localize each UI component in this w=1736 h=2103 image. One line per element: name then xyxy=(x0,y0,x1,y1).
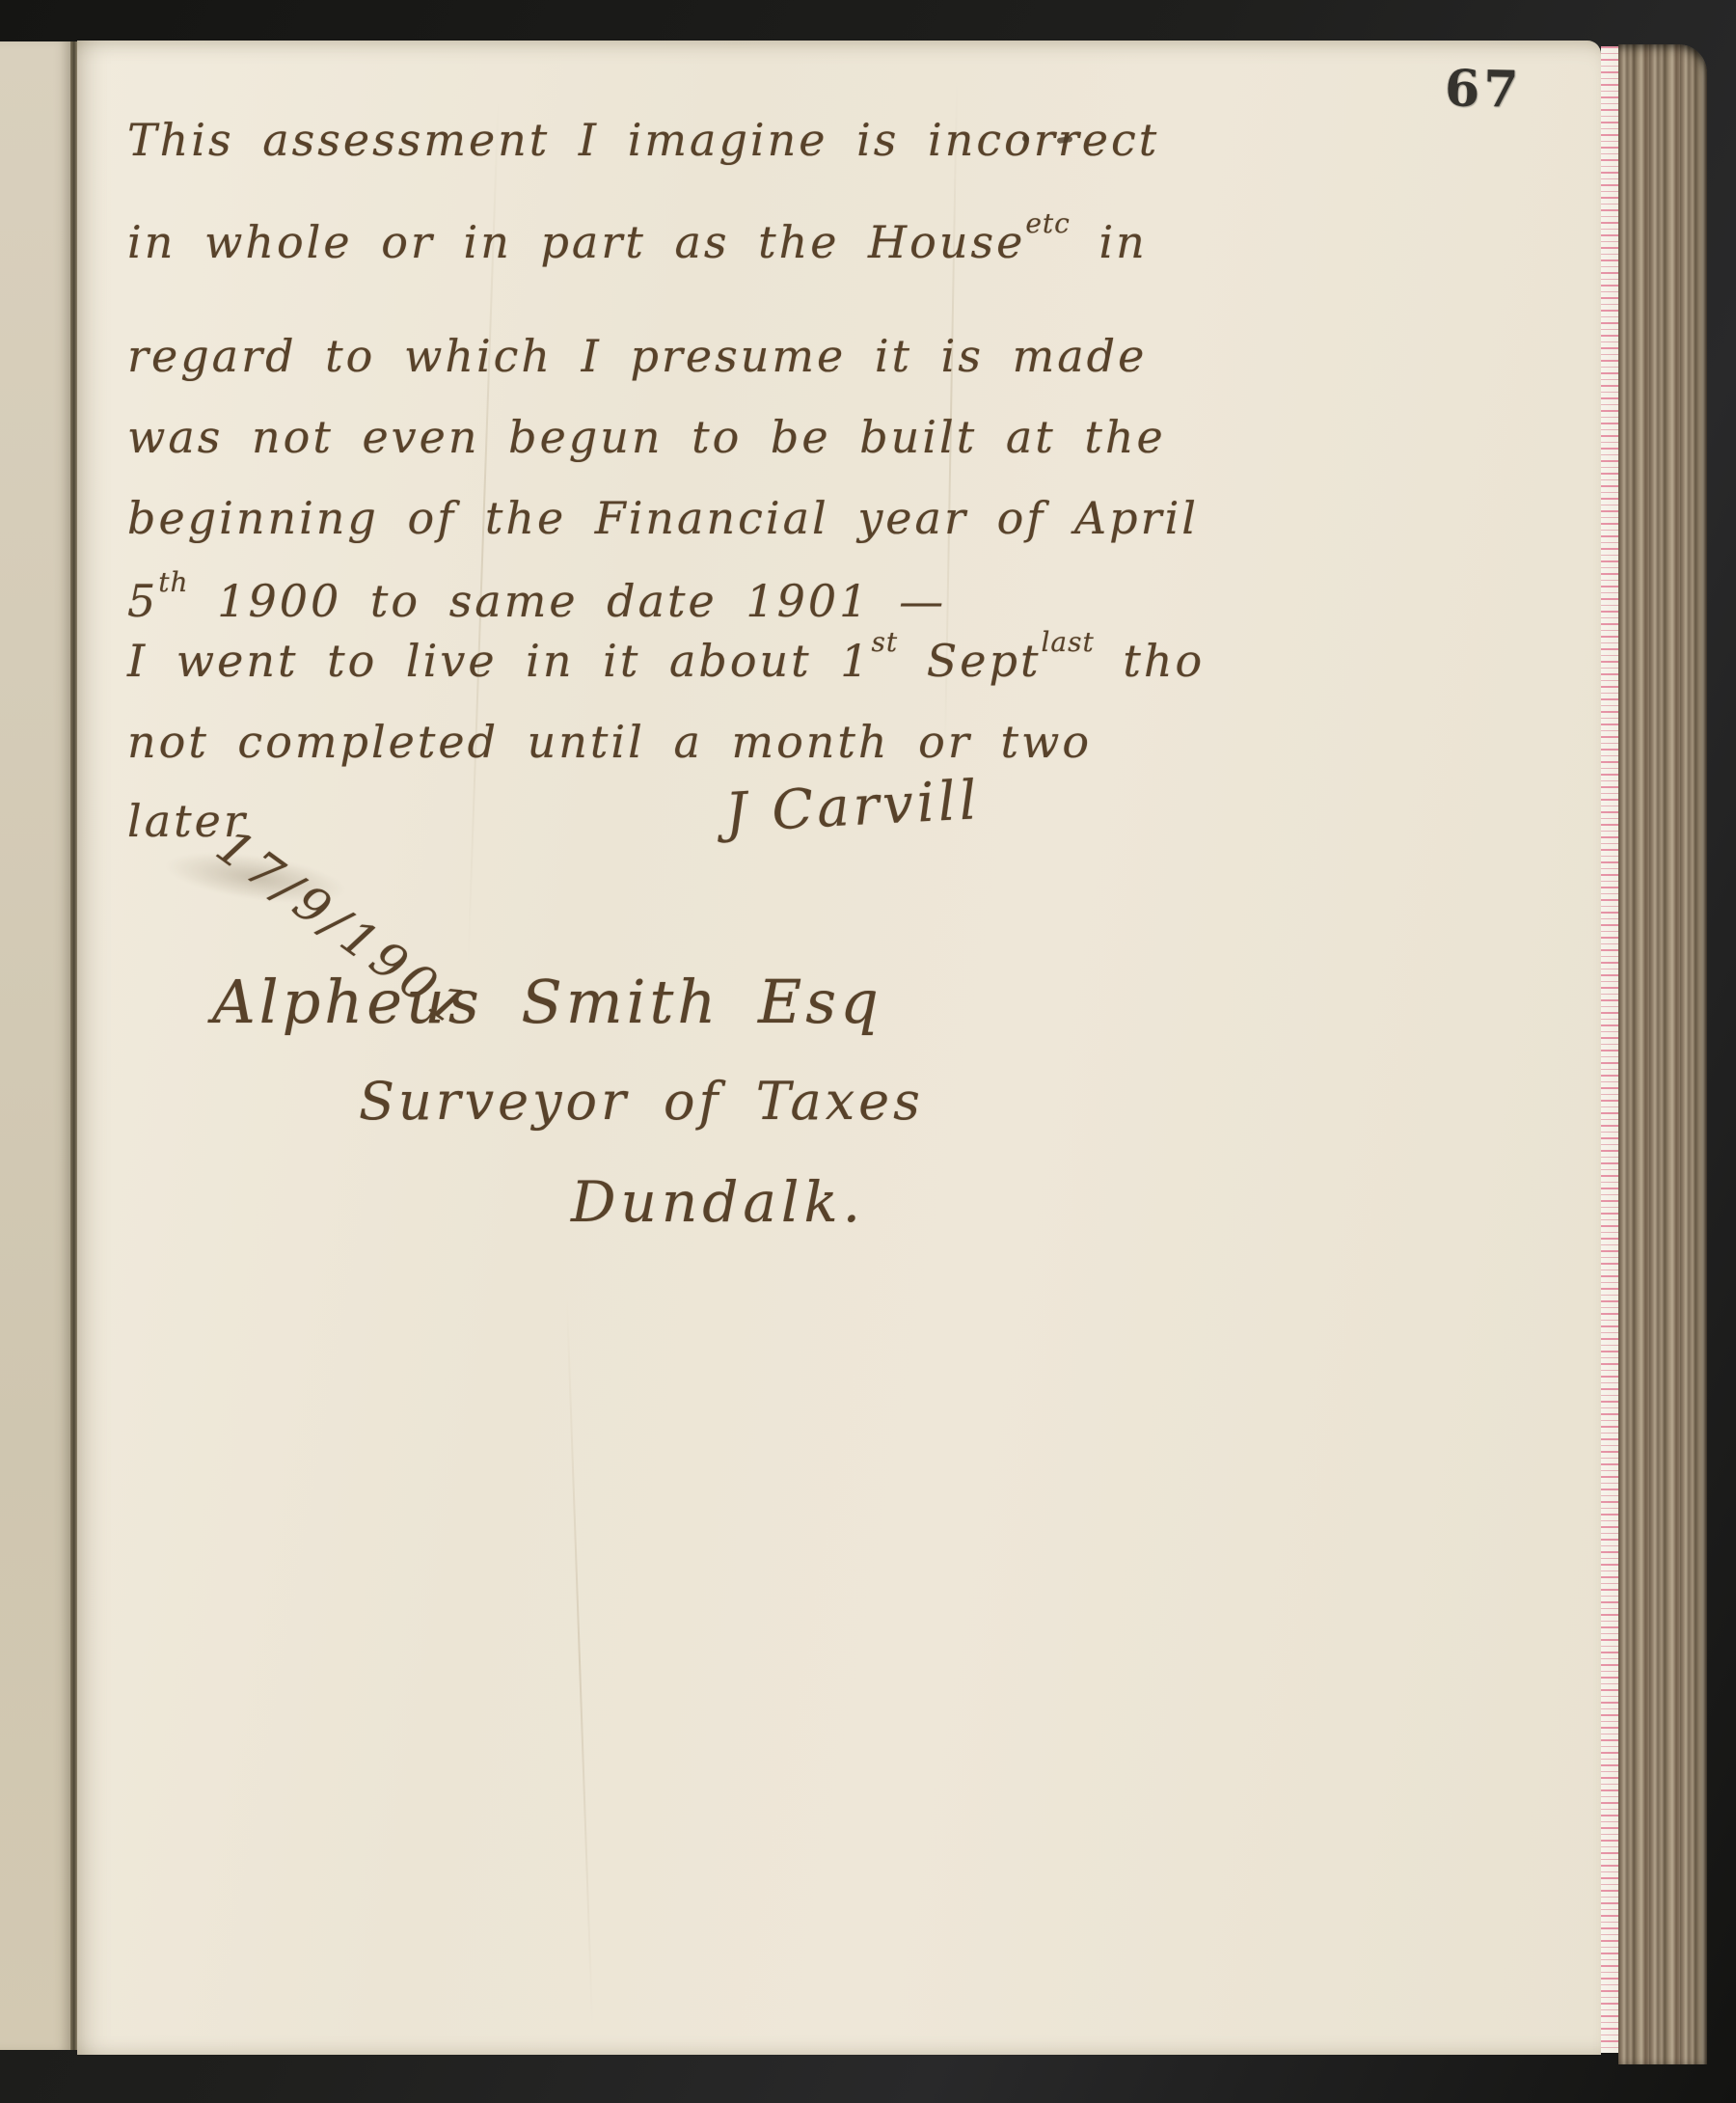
signature: J Carvill xyxy=(723,769,982,845)
gutter-shadow xyxy=(70,41,77,2050)
ink-speck xyxy=(1022,135,1029,142)
recipient-place: Dundalk. xyxy=(571,1169,865,1235)
letter-line-1: This assessment I imagine is incorrect xyxy=(127,114,1159,166)
recipient-name: Alpheus Smith Esq xyxy=(212,967,882,1037)
folio-number-stamp: 67 xyxy=(1444,59,1522,119)
letter-line-3: regard to which I presume it is made xyxy=(127,330,1147,382)
letter-line-7-text: I went to live in it about 1 xyxy=(127,635,872,687)
superscript-st: st xyxy=(872,626,899,658)
letter-line-7-text-end: tho xyxy=(1095,635,1205,687)
superscript-last: last xyxy=(1041,626,1094,658)
book-page-stack-edge xyxy=(1618,44,1707,2064)
previous-page-edge xyxy=(0,41,70,2050)
letter-line-7: I went to live in it about 1st Septlast … xyxy=(127,635,1205,687)
letter-line-8: not completed until a month or two xyxy=(127,716,1092,768)
letter-line-4: was not even begun to be built at the xyxy=(127,411,1166,463)
letter-line-6: 5th 1900 to same date 1901 — xyxy=(127,575,946,627)
letter-line-6-day: 5 xyxy=(127,575,158,627)
recipient-title: Surveyor of Taxes xyxy=(359,1071,924,1132)
manuscript-page: 67 This assessment I imagine is incorrec… xyxy=(77,41,1601,2055)
letter-line-7-month: Sept xyxy=(898,635,1041,687)
red-sprinkled-fore-edge xyxy=(1601,46,1618,2053)
letter-line-2-text-end: in xyxy=(1071,216,1148,268)
superscript-etc: etc xyxy=(1025,207,1071,239)
letter-line-5: beginning of the Financial year of April xyxy=(127,492,1199,544)
superscript-th: th xyxy=(158,566,188,598)
letter-line-2-text: in whole or in part as the House xyxy=(127,216,1025,268)
letter-line-2: in whole or in part as the Houseetc in xyxy=(127,216,1148,268)
paper-crease xyxy=(566,1295,594,2028)
letter-line-6-text: 1900 to same date 1901 — xyxy=(189,575,947,627)
